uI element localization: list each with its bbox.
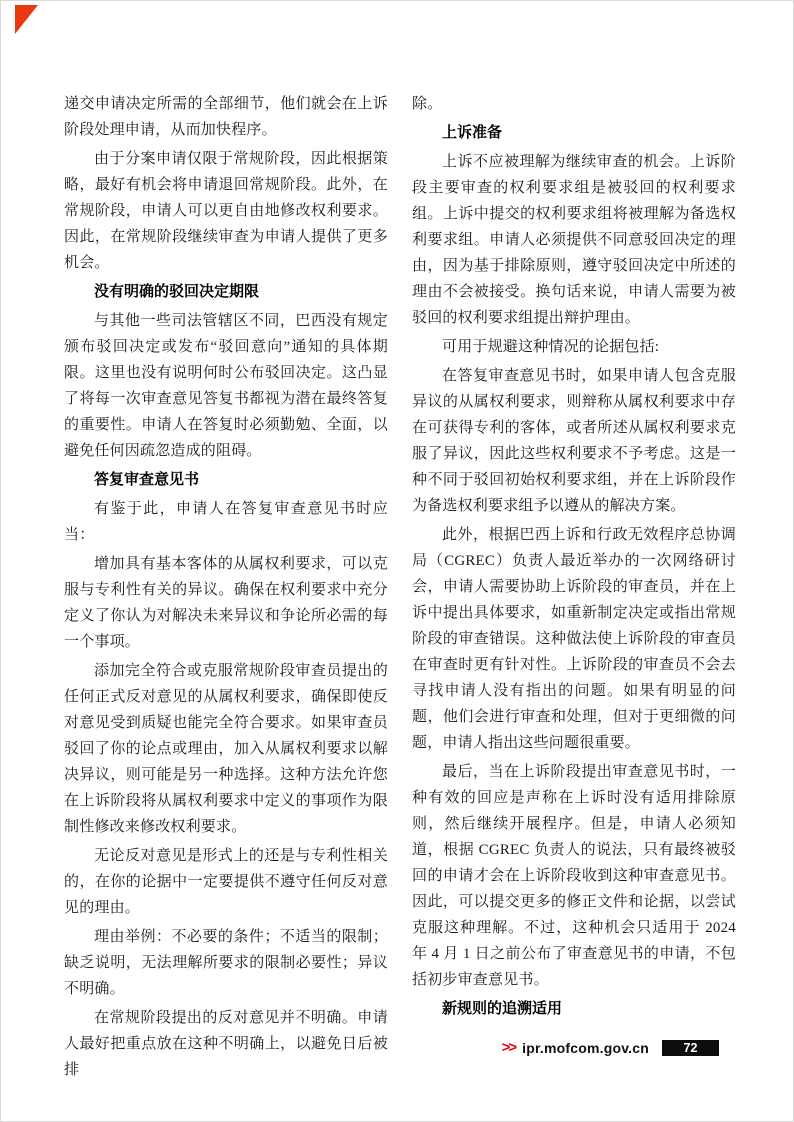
paragraph: 增加具有基本客体的从属权利要求，可以克服与专利性有关的异议。确保在权利要求中充分… bbox=[64, 551, 388, 655]
section-heading: 新规则的追溯适用 bbox=[412, 996, 736, 1022]
paragraph: 与其他一些司法管辖区不同，巴西没有规定颁布驳回决定或发布“驳回意向”通知的具体期… bbox=[64, 308, 388, 464]
footer-site-text: ipr.mofcom.gov.cn bbox=[522, 1040, 649, 1056]
left-column: 递交申请决定所需的全部细节，他们就会在上诉阶段处理申请，从而加快程序。 由于分案… bbox=[64, 91, 388, 1086]
paragraph: 在常规阶段提出的反对意见并不明确。申请人最好把重点放在这种不明确上，以避免日后被… bbox=[64, 1005, 388, 1083]
section-heading: 没有明确的驳回决定期限 bbox=[64, 279, 388, 305]
paragraph: 有鉴于此，申请人在答复审查意见书时应当： bbox=[64, 496, 388, 548]
page-footer: >> ipr.mofcom.gov.cn 72 bbox=[502, 1040, 719, 1056]
document-page: 递交申请决定所需的全部细节，他们就会在上诉阶段处理申请，从而加快程序。 由于分案… bbox=[0, 0, 794, 1122]
paragraph: 可用于规避这种情况的论据包括: bbox=[412, 334, 736, 360]
paragraph: 无论反对意见是形式上的还是与专利性相关的，在你的论据中一定要提供不遵守任何反对意… bbox=[64, 843, 388, 921]
double-chevron-icon: >> bbox=[502, 1040, 516, 1056]
paragraph: 理由举例：不必要的条件；不适当的限制；缺乏说明，无法理解所要求的限制必要性；异议… bbox=[64, 924, 388, 1002]
section-heading: 上诉准备 bbox=[412, 120, 736, 146]
paragraph: 由于分案申请仅限于常规阶段，因此根据策略，最好有机会将申请退回常规阶段。此外，在… bbox=[64, 146, 388, 276]
paragraph: 在答复审查意见书时，如果申请人包含克服异议的从属权利要求，则辩称从属权利要求中存… bbox=[412, 363, 736, 519]
paragraph: 此外，根据巴西上诉和行政无效程序总协调局（CGREC）负责人最近举办的一次网络研… bbox=[412, 522, 736, 756]
paragraph: 最后，当在上诉阶段提出审查意见书时，一种有效的回应是声称在上诉时没有适用排除原则… bbox=[412, 759, 736, 993]
paragraph: 除。 bbox=[412, 91, 736, 117]
page-number-badge: 72 bbox=[662, 1040, 719, 1056]
paragraph: 添加完全符合或克服常规阶段审查员提出的任何正式反对意见的从属权利要求，确保即使反… bbox=[64, 658, 388, 840]
paragraph: 上诉不应被理解为继续审查的机会。上诉阶段主要审查的权利要求组是被驳回的权利要求组… bbox=[412, 149, 736, 331]
page-content: 递交申请决定所需的全部细节，他们就会在上诉阶段处理申请，从而加快程序。 由于分案… bbox=[64, 91, 736, 1086]
paragraph: 递交申请决定所需的全部细节，他们就会在上诉阶段处理申请，从而加快程序。 bbox=[64, 91, 388, 143]
section-heading: 答复审查意见书 bbox=[64, 467, 388, 493]
page-corner-triangle-icon bbox=[15, 5, 38, 34]
right-column: 除。 上诉准备 上诉不应被理解为继续审查的机会。上诉阶段主要审查的权利要求组是被… bbox=[412, 91, 736, 1086]
